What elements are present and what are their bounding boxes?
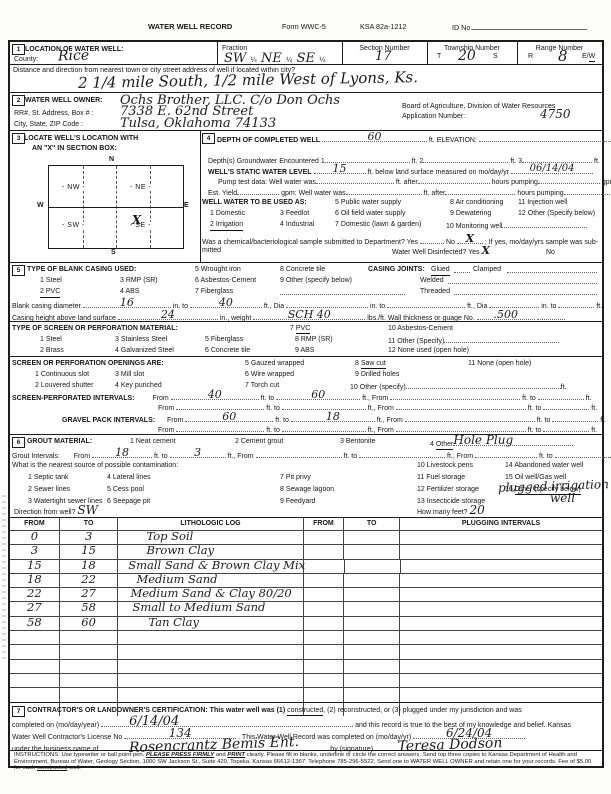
county-value: Rice bbox=[58, 47, 90, 64]
cell-empty bbox=[304, 602, 345, 615]
option-num: 9 bbox=[355, 371, 359, 378]
cell-log: Top Soil bbox=[118, 531, 303, 544]
option-open-6: 6 Wire wrapped bbox=[245, 370, 294, 379]
monitoring-blank bbox=[502, 220, 587, 228]
ft-from-label: ft., From bbox=[362, 395, 388, 402]
quadrant-ne: - NE - bbox=[129, 184, 152, 191]
diameter-entry: 16 bbox=[83, 299, 171, 308]
ft-from-label: ft., From bbox=[447, 453, 473, 460]
option-label: ABS bbox=[125, 288, 139, 295]
from-label: From bbox=[152, 395, 168, 402]
log-value: Tan Clay bbox=[118, 616, 302, 628]
option-num: 1 bbox=[210, 210, 214, 217]
option-open-9: 9 Drilled holes bbox=[355, 370, 399, 379]
option-label: Pit privy bbox=[286, 474, 311, 481]
option-num: 4 bbox=[430, 441, 434, 448]
well-water-was-label: Well water was bbox=[269, 179, 316, 186]
quadrant-nw: - NW - bbox=[61, 184, 86, 191]
ft-label: ft. bbox=[586, 395, 592, 402]
option-num: 2 bbox=[235, 438, 239, 445]
option-label: Oil field water supply bbox=[341, 210, 406, 217]
dia-blank-3 bbox=[489, 300, 539, 308]
option-num: 7 bbox=[195, 288, 199, 295]
cell-from: 22 bbox=[10, 588, 60, 601]
section-1-number: 1 bbox=[12, 44, 25, 55]
blank bbox=[256, 450, 342, 458]
cell-log: Medium Sand bbox=[118, 574, 303, 587]
option-use-11: 11 Injection well bbox=[518, 198, 567, 207]
option-num: 9 bbox=[280, 277, 284, 284]
ft-to-label: ft. to bbox=[344, 453, 358, 460]
option-contam-6: 6 Seepage pit bbox=[107, 497, 150, 506]
disinfected-mark: X bbox=[482, 244, 491, 257]
option-use-9: 9 Dewatering bbox=[450, 209, 491, 218]
option-contam-10: 10 Livestock pens bbox=[417, 461, 473, 470]
section-5-number: 5 bbox=[12, 265, 25, 276]
perf-intervals-label: SCREEN-PERFORATED INTERVALS: bbox=[12, 395, 135, 402]
to-value: 58 bbox=[60, 601, 118, 613]
ft-label: ft. bbox=[596, 303, 602, 310]
address-label: RR#, St. Address, Box # : bbox=[14, 109, 93, 118]
option-label: Galvanized Steel bbox=[121, 347, 174, 354]
from-value: 0 bbox=[10, 530, 59, 542]
section-number-value: 17 bbox=[375, 49, 392, 64]
option-num: 5 bbox=[195, 266, 199, 273]
option-num: 6 bbox=[335, 210, 339, 217]
depth-completed-entry: 60 bbox=[322, 133, 427, 142]
option-grout-3: 3 Bentonite bbox=[340, 437, 375, 446]
cell-empty bbox=[400, 545, 602, 558]
option-label: Asbestos-Cement bbox=[397, 325, 453, 332]
option-label: Neat cement bbox=[136, 438, 176, 445]
yes-blank bbox=[420, 236, 444, 244]
option-use-12: 12 Other (Specify below) bbox=[518, 209, 595, 218]
to-value: 18 bbox=[60, 559, 118, 571]
page-title: WATER WELL RECORD bbox=[148, 22, 232, 31]
from-value: 15 bbox=[10, 559, 59, 571]
ft-to-label: ft. to bbox=[266, 427, 280, 434]
option-use-7: 7 Domestic (lawn & garden) bbox=[335, 220, 421, 229]
option-open-8-selected: 8 Saw cut bbox=[355, 359, 386, 368]
option-num: 2 bbox=[210, 221, 214, 228]
cell-empty bbox=[304, 574, 345, 587]
option-num: 13 bbox=[417, 498, 425, 505]
option-casing-5: 5 Wrought iron bbox=[195, 265, 241, 274]
compass-w: W bbox=[37, 201, 44, 210]
option-label: PVC bbox=[46, 288, 60, 295]
direction-label: Direction from well? bbox=[14, 509, 75, 516]
option-num: 5 bbox=[335, 199, 339, 206]
option-label: Injection well bbox=[527, 199, 567, 206]
township-prefix: T bbox=[437, 53, 441, 60]
application-number-label: Application Number: bbox=[402, 112, 465, 121]
option-num: 4 bbox=[115, 347, 119, 354]
option-num: 7 bbox=[280, 474, 284, 481]
option-use-3: 3 Feedlot bbox=[280, 209, 309, 218]
option-num: 5 bbox=[245, 360, 249, 367]
cell-log: Small Sand & Brown Clay Mix bbox=[118, 560, 304, 573]
from-value: 18 bbox=[10, 573, 59, 585]
option-num: 4 bbox=[107, 474, 111, 481]
cell-empty bbox=[304, 545, 345, 558]
from-label: From bbox=[167, 417, 183, 424]
no-label: No bbox=[446, 239, 455, 246]
blank bbox=[543, 424, 589, 432]
option-open-5: 5 Gauzed wrapped bbox=[245, 359, 304, 368]
hours-pumping-label: hours pumping bbox=[517, 190, 563, 197]
cell-empty bbox=[10, 674, 60, 687]
mitted-label: mitted bbox=[202, 246, 221, 255]
cell-to: 58 bbox=[60, 602, 119, 615]
option-label: Sewage lagoon bbox=[286, 486, 334, 493]
cell-from: 18 bbox=[10, 574, 60, 587]
option-casing-8: 8 Concrete tile bbox=[280, 265, 325, 274]
in-to-label: in. to bbox=[370, 303, 385, 310]
section-5-number-box: 5 TYPE OF BLANK CASING USED: bbox=[12, 265, 136, 276]
option-label: Lateral lines bbox=[113, 474, 151, 481]
cell-empty bbox=[10, 631, 60, 644]
direction-line: Direction from well? SW bbox=[14, 506, 98, 517]
range-ew: E/W bbox=[582, 53, 595, 60]
location-x-mark: X bbox=[132, 213, 141, 227]
ft-to-label: ft. to bbox=[275, 417, 289, 424]
cert-text-1a: CONTRACTOR'S OR LANDOWNER'S CERTIFICATIO… bbox=[27, 707, 285, 714]
option-screen-11: 11 Other (Specify) bbox=[388, 335, 559, 346]
quarter-glyph: ¼ bbox=[286, 57, 292, 64]
option-screen-2: 2 Brass bbox=[40, 346, 64, 355]
instructions-text: INSTRUCTIONS: Use typewriter or ball poi… bbox=[14, 752, 146, 758]
option-label: Feedyard bbox=[286, 498, 316, 505]
option-label: Other (specify below) bbox=[286, 277, 352, 284]
option-label: Other (specify) bbox=[360, 384, 406, 391]
option-label: Key punched bbox=[121, 382, 162, 389]
option-num: 9 bbox=[295, 347, 299, 354]
section-box-diagram: - NW - - NE - - SW - - SE - X bbox=[48, 165, 184, 249]
option-num: 10 bbox=[417, 462, 425, 469]
agency-line: Board of Agriculture, Division of Water … bbox=[402, 102, 555, 111]
option-open-1: 1 Continuous slot bbox=[35, 370, 89, 379]
ft-to-label: ft. to bbox=[528, 427, 542, 434]
section-7-certification: 7 CONTRACTOR'S OR LANDOWNER'S CERTIFICAT… bbox=[10, 702, 602, 751]
est-blank-1 bbox=[346, 187, 422, 195]
option-contam-4: 4 Lateral lines bbox=[107, 473, 151, 482]
from-value: 58 bbox=[10, 616, 59, 628]
table-row-empty bbox=[10, 644, 602, 658]
option-num: 11 bbox=[518, 199, 525, 206]
disinfected-line: Water Well Disinfected? Yes X No bbox=[392, 246, 555, 257]
option-contam-5: 5 Cess pool bbox=[107, 485, 144, 494]
log-value: Medium Sand & Clay 80/20 bbox=[118, 587, 302, 599]
cell-empty bbox=[400, 617, 602, 630]
option-num: 3 bbox=[115, 336, 119, 343]
option-num: 1 bbox=[130, 438, 134, 445]
table-row: 58 60 Tan Clay bbox=[10, 616, 602, 630]
grout-to-entry: 3 bbox=[170, 449, 226, 458]
lithologic-table: FROM TO LITHOLOGIC LOG FROM TO PLUGGING … bbox=[10, 517, 602, 702]
section-4-number: 4 bbox=[202, 133, 215, 144]
option-num: 7 bbox=[245, 382, 249, 389]
option-label: None (open hole) bbox=[477, 360, 531, 367]
option-num: 1 bbox=[28, 474, 32, 481]
option-label: Feedlot bbox=[286, 210, 309, 217]
well-water-was-label: Well water was bbox=[299, 190, 346, 197]
option-label: Wrought iron bbox=[201, 266, 241, 273]
gw-blank-3 bbox=[522, 155, 592, 163]
option-label: PVC bbox=[296, 325, 310, 334]
est-yield-label: Est. Yield bbox=[208, 190, 237, 197]
from-value: 27 bbox=[10, 601, 59, 613]
option-num: 9 bbox=[450, 210, 454, 217]
option-num: 2 bbox=[28, 486, 32, 493]
est-blank bbox=[237, 187, 279, 195]
joint-clamped: Clamped bbox=[473, 265, 501, 274]
option-label: Fiberglass bbox=[211, 336, 243, 343]
table-row: 3 15 Brown Clay bbox=[10, 544, 602, 558]
cell-empty bbox=[60, 645, 119, 658]
instructions-text: well. bbox=[67, 765, 80, 771]
option-num: 7 bbox=[290, 325, 294, 332]
option-label: Other (Specify) bbox=[397, 338, 444, 345]
option-label: Continuous slot bbox=[41, 371, 89, 378]
option-open-4: 4 Key punched bbox=[115, 381, 162, 390]
option-num: 8 bbox=[280, 486, 284, 493]
option-casing-1: 1 Steel bbox=[40, 276, 62, 285]
wwc5-form: 1 LOCATION OF WATER WELL: County: Rice F… bbox=[8, 40, 604, 768]
ft-to-label: ft. to bbox=[528, 405, 542, 412]
option-label: Concrete tile bbox=[286, 266, 325, 273]
perf-from-entry: 40 bbox=[171, 391, 259, 400]
ft-label: ft. bbox=[600, 417, 606, 424]
header-plugging-intervals: PLUGGING INTERVALS bbox=[400, 518, 602, 530]
diameter-value: 16 bbox=[83, 297, 171, 308]
screen-other-blank bbox=[444, 335, 559, 343]
cell-empty bbox=[400, 531, 602, 544]
from-label: From bbox=[74, 453, 90, 460]
option-open-11: 11 None (open hole) bbox=[468, 359, 531, 368]
form-number: Form WWC-5 bbox=[282, 22, 326, 31]
option-num: 14 bbox=[505, 462, 513, 469]
cell-to: 27 bbox=[60, 588, 119, 601]
completed-date-value: 6/14/04 bbox=[129, 716, 353, 727]
cell-empty bbox=[344, 602, 400, 615]
option-use-8: 8 Air conditioning bbox=[450, 198, 503, 207]
cell-empty bbox=[10, 688, 60, 701]
cell-to: 3 bbox=[60, 531, 119, 544]
contam-other-handwriting-2: well bbox=[550, 491, 575, 505]
cell-empty bbox=[345, 560, 401, 573]
option-casing-9: 9 Other (specify below) bbox=[280, 276, 352, 285]
cell-empty bbox=[10, 645, 60, 658]
joint-threaded: Threaded bbox=[420, 287, 450, 296]
cell-empty bbox=[304, 688, 345, 701]
id-number-blank bbox=[472, 22, 587, 30]
option-num: 2 bbox=[35, 382, 39, 389]
contamination-label: What is the nearest source of possible c… bbox=[12, 461, 178, 470]
option-label: Louvered shutter bbox=[41, 382, 94, 389]
option-label: Stainless Steel bbox=[121, 336, 167, 343]
option-num: 12 bbox=[388, 347, 396, 354]
option-label: Industrial bbox=[286, 221, 314, 228]
option-label: Public water supply bbox=[341, 199, 401, 206]
cell-empty bbox=[400, 674, 602, 687]
gravel-pack-label: GRAVEL PACK INTERVALS: bbox=[62, 417, 155, 424]
divider bbox=[217, 42, 218, 64]
option-casing-3: 3 RMP (SR) bbox=[120, 276, 158, 285]
id-number-label: ID No. bbox=[452, 22, 587, 32]
option-num: 6 bbox=[107, 498, 111, 505]
table-row: 22 27 Medium Sand & Clay 80/20 bbox=[10, 587, 602, 601]
compass-n: N bbox=[109, 155, 114, 164]
option-casing-2-selected: 2 PVC bbox=[40, 287, 60, 298]
completed-on-label: completed on (mo/day/year) bbox=[12, 722, 99, 729]
option-num: 4 bbox=[280, 221, 284, 228]
option-num: 12 bbox=[417, 486, 425, 493]
completed-date-entry: 6/14/04 bbox=[101, 718, 353, 727]
to-value: 60 bbox=[60, 616, 118, 628]
option-contam-2: 2 Sewer lines bbox=[28, 485, 70, 494]
option-label: Brass bbox=[46, 347, 64, 354]
option-label: Livestock pens bbox=[427, 462, 473, 469]
quarter-glyph: ¼ bbox=[320, 57, 326, 64]
pump-blank-1 bbox=[316, 176, 394, 184]
ft-label: ft. bbox=[561, 384, 567, 391]
dia-blank-4 bbox=[558, 300, 594, 308]
option-num: 8 bbox=[355, 360, 359, 367]
ft-from-label: ft., From bbox=[228, 453, 254, 460]
static-level-value: 15 bbox=[314, 163, 366, 174]
gravel-from-value: 60 bbox=[185, 411, 273, 422]
grout-to-value: 3 bbox=[170, 447, 226, 458]
cell-empty bbox=[60, 631, 119, 644]
option-num: 3 bbox=[120, 277, 124, 284]
cell-empty bbox=[304, 617, 345, 630]
cell-empty bbox=[400, 645, 602, 658]
print-emphasis: PRINT bbox=[227, 752, 245, 758]
dia-blank-1 bbox=[286, 300, 368, 308]
openings-title: SCREEN OR PERFORATION OPENINGS ARE: bbox=[12, 359, 164, 368]
blank bbox=[552, 414, 598, 422]
option-num: 6 bbox=[245, 371, 249, 378]
from-label: From bbox=[158, 405, 174, 412]
option-grout-4-selected: 4 OtherHole Plug bbox=[430, 437, 573, 449]
scan-artifact bbox=[2, 495, 6, 660]
gw-blank-2 bbox=[423, 155, 508, 163]
wall-entry: .500 bbox=[477, 311, 535, 320]
option-num: 10 bbox=[446, 223, 454, 230]
cell-to: 18 bbox=[60, 560, 119, 573]
township-suffix: S bbox=[493, 53, 498, 60]
cell-from: 3 bbox=[10, 545, 60, 558]
grout-from-entry: 18 bbox=[92, 449, 152, 458]
option-label: Irrigation bbox=[216, 221, 243, 228]
to-value: 15 bbox=[60, 544, 118, 556]
section-4-depth: 4 DEPTH OF COMPLETED WELL 60 ft. ELEVATI… bbox=[200, 130, 602, 263]
ft-to-label: ft. to bbox=[261, 395, 275, 402]
cell-empty bbox=[400, 631, 602, 644]
range-value: 8 bbox=[558, 47, 568, 65]
perf-to-value: 60 bbox=[276, 389, 360, 400]
table-header-row: FROM TO LITHOLOGIC LOG FROM TO PLUGGING … bbox=[10, 517, 602, 530]
table-row-empty bbox=[10, 687, 602, 701]
depth-value: 60 bbox=[322, 131, 427, 142]
option-label: Mill slot bbox=[121, 371, 144, 378]
ft-label: ft. bbox=[594, 158, 600, 165]
cell-empty bbox=[344, 631, 400, 644]
option-contam-9: 9 Feedyard bbox=[280, 497, 315, 506]
option-label: None used (open hole) bbox=[398, 347, 469, 354]
city-label: City, State, ZIP Code : bbox=[14, 120, 83, 129]
sample-question: Was a chemical/bacteriological sample su… bbox=[202, 239, 418, 246]
table-row-empty bbox=[10, 659, 602, 673]
grout-intervals-line: Grout Intervals: From 18 ft. to 3 ft., F… bbox=[12, 449, 611, 461]
option-label: Other (Specify below) bbox=[528, 210, 595, 217]
height-value: 24 bbox=[118, 309, 218, 320]
option-label: Fertilizer storage bbox=[427, 486, 479, 493]
gpm-colon-label: gpm: bbox=[281, 190, 297, 197]
option-label: Septic tank bbox=[34, 474, 69, 481]
from-label: From bbox=[158, 427, 174, 434]
option-num: 11 bbox=[388, 338, 395, 345]
cell-empty bbox=[344, 531, 400, 544]
no-entry: X bbox=[457, 235, 483, 244]
option-casing-6: 6 Asbestos-Cement bbox=[195, 276, 256, 285]
ft-after-label: ft. after bbox=[396, 179, 418, 186]
dia-blank-2 bbox=[387, 300, 465, 308]
open-other-blank bbox=[406, 381, 561, 389]
option-use-4: 4 Industrial bbox=[280, 220, 314, 229]
option-contam-11: 11 Fuel storage bbox=[417, 473, 465, 482]
sample-tail: ; If yes, mo/day/yrs sample was sub- bbox=[485, 239, 598, 246]
cell-empty bbox=[400, 588, 602, 601]
use-label: WELL WATER TO BE USED AS: bbox=[202, 198, 307, 207]
grout-other-entry: Hole Plug bbox=[453, 437, 573, 446]
log-value: Small Sand & Brown Clay Mix bbox=[118, 559, 303, 571]
cell-empty bbox=[118, 660, 303, 673]
cell-empty bbox=[344, 688, 400, 701]
cell-empty bbox=[304, 531, 345, 544]
option-num: 11 bbox=[417, 474, 424, 481]
option-open-3: 3 Mill slot bbox=[115, 370, 144, 379]
option-num: 3 bbox=[280, 210, 284, 217]
owner-title: WATER WELL OWNER: bbox=[25, 96, 103, 105]
disinfected-question: Water Well Disinfected? Yes bbox=[392, 249, 480, 256]
cell-empty bbox=[304, 560, 345, 573]
to-value: 3 bbox=[60, 530, 118, 542]
est-yield-line: Est. Yield gpm: Well water was ft. after… bbox=[208, 187, 611, 198]
option-label: Torch cut bbox=[251, 382, 279, 389]
section-6-number-box: 6 GROUT MATERIAL: bbox=[12, 437, 92, 448]
casing-title: TYPE OF BLANK CASING USED: bbox=[27, 266, 136, 273]
blank bbox=[282, 424, 366, 432]
table-row: 18 22 Medium Sand bbox=[10, 573, 602, 587]
option-label: Bentonite bbox=[346, 438, 376, 445]
est-blank-3 bbox=[564, 187, 611, 195]
grout-intervals-label: Grout Intervals: bbox=[12, 453, 60, 460]
instructions-block: INSTRUCTIONS: Use typewriter or ball poi… bbox=[10, 750, 602, 767]
option-casing-4: 4 ABS bbox=[120, 287, 139, 296]
table-row-empty bbox=[10, 673, 602, 687]
range-w-selected: W bbox=[589, 53, 596, 62]
option-label: RMP (SR) bbox=[301, 336, 333, 343]
blank bbox=[396, 424, 526, 432]
blank bbox=[176, 402, 264, 410]
ft-to-label: ft. to bbox=[539, 453, 553, 460]
option-contam-7: 7 Pit privy bbox=[280, 473, 311, 482]
cell-empty bbox=[344, 660, 400, 673]
log-value: Top Soil bbox=[118, 530, 302, 542]
option-label: Asbestos-Cement bbox=[200, 277, 256, 284]
option-label: Fiberglass bbox=[201, 288, 233, 295]
